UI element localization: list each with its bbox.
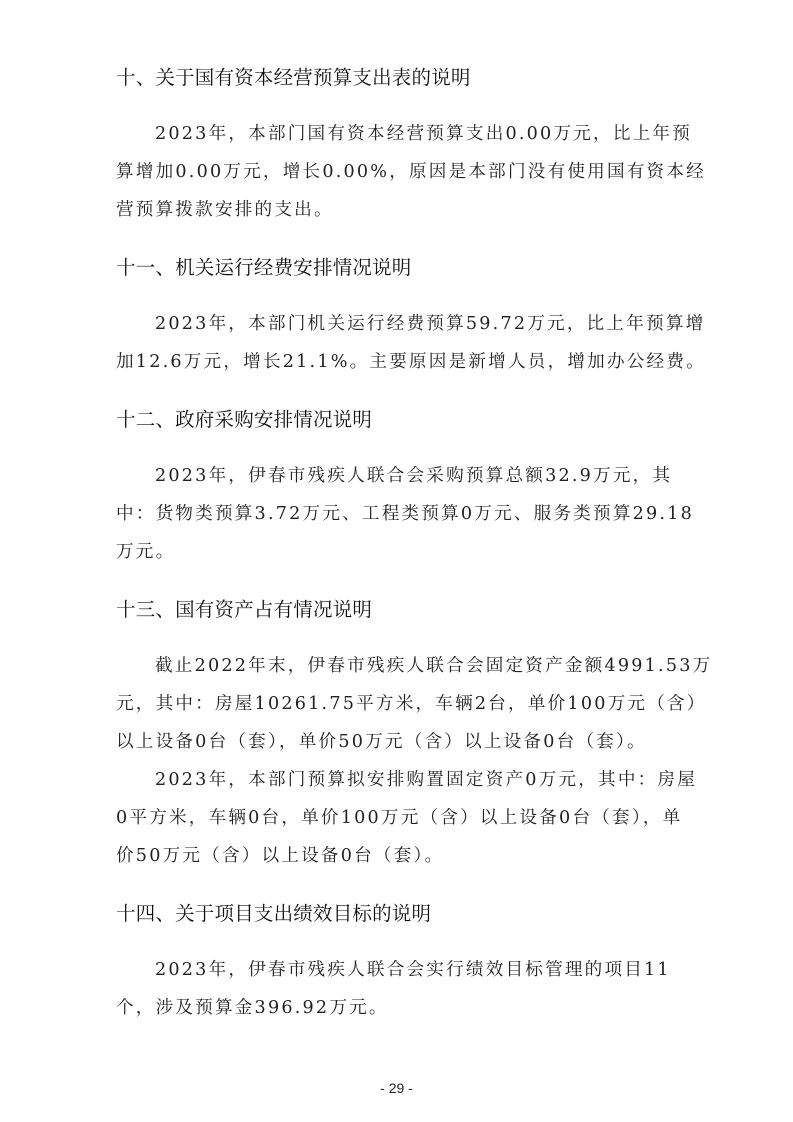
paragraph-line: 中：货物类预算3.72万元、工程类预算0万元、服务类预算29.18	[116, 500, 694, 525]
paragraph-line: 2023年，本部门国有资本经营预算支出0.00万元，比上年预	[155, 120, 692, 145]
paragraph-line: 2023年，伊春市残疾人联合会实行绩效目标管理的项目11	[155, 956, 671, 981]
paragraph-line: 2023年，本部门预算拟安排购置固定资产0万元，其中：房屋	[155, 766, 697, 791]
document-page: 十、关于国有资本经营预算支出表的说明 2023年，本部门国有资本经营预算支出0.…	[0, 0, 793, 1122]
paragraph-line: 截止2022年末，伊春市残疾人联合会固定资产金额4991.53万	[155, 652, 712, 677]
section-heading-12: 十二、政府采购安排情况说明	[116, 404, 372, 432]
section-heading-11: 十一、机关运行经费安排情况说明	[116, 252, 412, 280]
page-number: - 29 -	[0, 1080, 793, 1096]
paragraph-line: 0平方米，车辆0台，单价100万元（含）以上设备0台（套），单	[116, 804, 682, 829]
paragraph-line: 万元。	[116, 538, 175, 563]
paragraph-line: 价50万元（含）以上设备0台（套）。	[116, 842, 444, 867]
section-heading-13: 十三、国有资产占有情况说明	[116, 594, 372, 622]
paragraph-line: 加12.6万元，增长21.1%。主要原因是新增人员，增加办公经费。	[116, 348, 706, 373]
paragraph-line: 元，其中：房屋10261.75平方米，车辆2台，单价100万元（含）	[116, 690, 707, 715]
paragraph-line: 2023年，伊春市残疾人联合会采购预算总额32.9万元，其	[155, 462, 672, 487]
section-heading-14: 十四、关于项目支出绩效目标的说明	[116, 898, 431, 926]
paragraph-line: 个，涉及预算金396.92万元。	[116, 994, 389, 1019]
paragraph-line: 算增加0.00万元，增长0.00%，原因是本部门没有使用国有资本经	[116, 158, 706, 183]
paragraph-line: 以上设备0台（套），单价50万元（含）以上设备0台（套）。	[116, 728, 647, 753]
paragraph-line: 2023年，本部门机关运行经费预算59.72万元，比上年预算增	[155, 310, 705, 335]
section-heading-10: 十、关于国有资本经营预算支出表的说明	[116, 62, 471, 90]
paragraph-line: 营预算拨款安排的支出。	[116, 196, 334, 221]
